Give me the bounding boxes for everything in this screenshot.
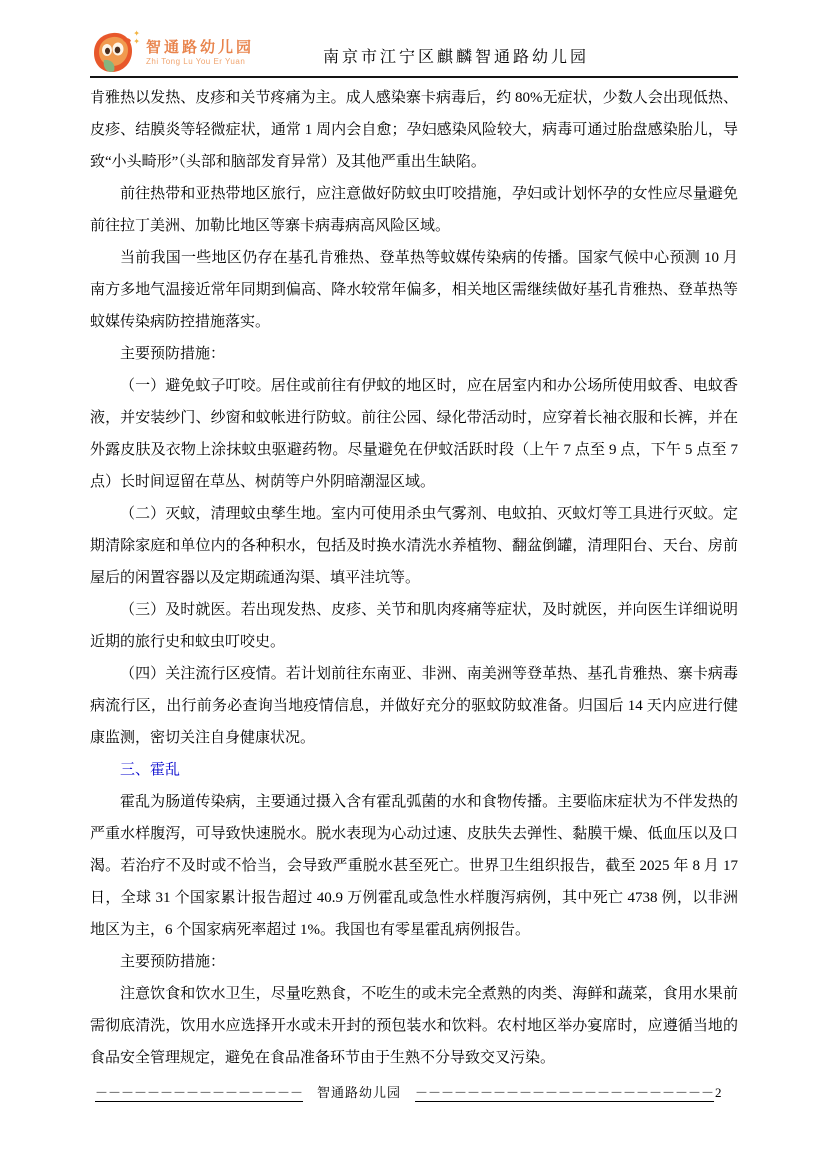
- paragraph: 主要预防措施：: [90, 946, 738, 978]
- logo-name-pinyin: Zhi Tong Lu You Er Yuan: [146, 57, 254, 67]
- paragraph: 肯雅热以发热、皮疹和关节疼痛为主。成人感染寨卡病毒后，约 80%无症状，少数人会…: [90, 82, 738, 178]
- paragraph: 当前我国一些地区仍存在基孔肯雅热、登革热等蚊媒传染病的传播。国家气候中心预测 1…: [90, 242, 738, 338]
- page-header: ✦✦ 智通路幼儿园 Zhi Tong Lu You Er Yuan 南京市江宁区…: [90, 30, 738, 78]
- footer-dashes-right: －－－－－－－－－－－－－－－－－－－－－－－: [415, 1082, 714, 1101]
- page-number: 2: [715, 1085, 722, 1101]
- paragraph: 主要预防措施：: [90, 338, 738, 370]
- paragraph: 霍乱为肠道传染病，主要通过摄入含有霍乱弧菌的水和食物传播。主要临床症状为不伴发热…: [90, 786, 738, 946]
- section-heading: 三、霍乱: [90, 754, 738, 786]
- document-page: ✦✦ 智通路幼儿园 Zhi Tong Lu You Er Yuan 南京市江宁区…: [0, 0, 827, 1170]
- paragraph: （二）灭蚊，清理蚊虫孳生地。室内可使用杀虫气雾剂、电蚊拍、灭蚊灯等工具进行灭蚊。…: [90, 498, 738, 594]
- page-title: 南京市江宁区麒麟智通路幼儿园: [323, 44, 589, 67]
- kindergarten-logo: ✦✦ 智通路幼儿园 Zhi Tong Lu You Er Yuan: [90, 30, 254, 76]
- kindergarten-logo-icon: ✦✦: [90, 30, 138, 76]
- paragraph: 前往热带和亚热带地区旅行，应注意做好防蚊虫叮咬措施，孕妇或计划怀孕的女性应尽量避…: [90, 178, 738, 242]
- logo-text-block: 智通路幼儿园 Zhi Tong Lu You Er Yuan: [146, 39, 254, 67]
- document-body: 肯雅热以发热、皮疹和关节疼痛为主。成人感染寨卡病毒后，约 80%无症状，少数人会…: [90, 82, 738, 1074]
- paragraph: 注意饮食和饮水卫生，尽量吃熟食，不吃生的或未完全煮熟的肉类、海鲜和蔬菜，食用水果…: [90, 978, 738, 1074]
- footer-dashes-left: －－－－－－－－－－－－－－－－: [95, 1082, 303, 1101]
- logo-name-cn: 智通路幼儿园: [146, 39, 254, 57]
- paragraph: （一）避免蚊子叮咬。居住或前往有伊蚊的地区时，应在居室内和办公场所使用蚊香、电蚊…: [90, 370, 738, 498]
- sparkle-icon: ✦✦: [133, 30, 140, 46]
- footer-school-name: 智通路幼儿园: [317, 1082, 401, 1101]
- page-footer: －－－－－－－－－－－－－－－－ 智通路幼儿园 －－－－－－－－－－－－－－－－…: [95, 1082, 745, 1101]
- paragraph: （四）关注流行区疫情。若计划前往东南亚、非洲、南美洲等登革热、基孔肯雅热、寨卡病…: [90, 658, 738, 754]
- paragraph: （三）及时就医。若出现发热、皮疹、关节和肌肉疼痛等症状，及时就医，并向医生详细说…: [90, 594, 738, 658]
